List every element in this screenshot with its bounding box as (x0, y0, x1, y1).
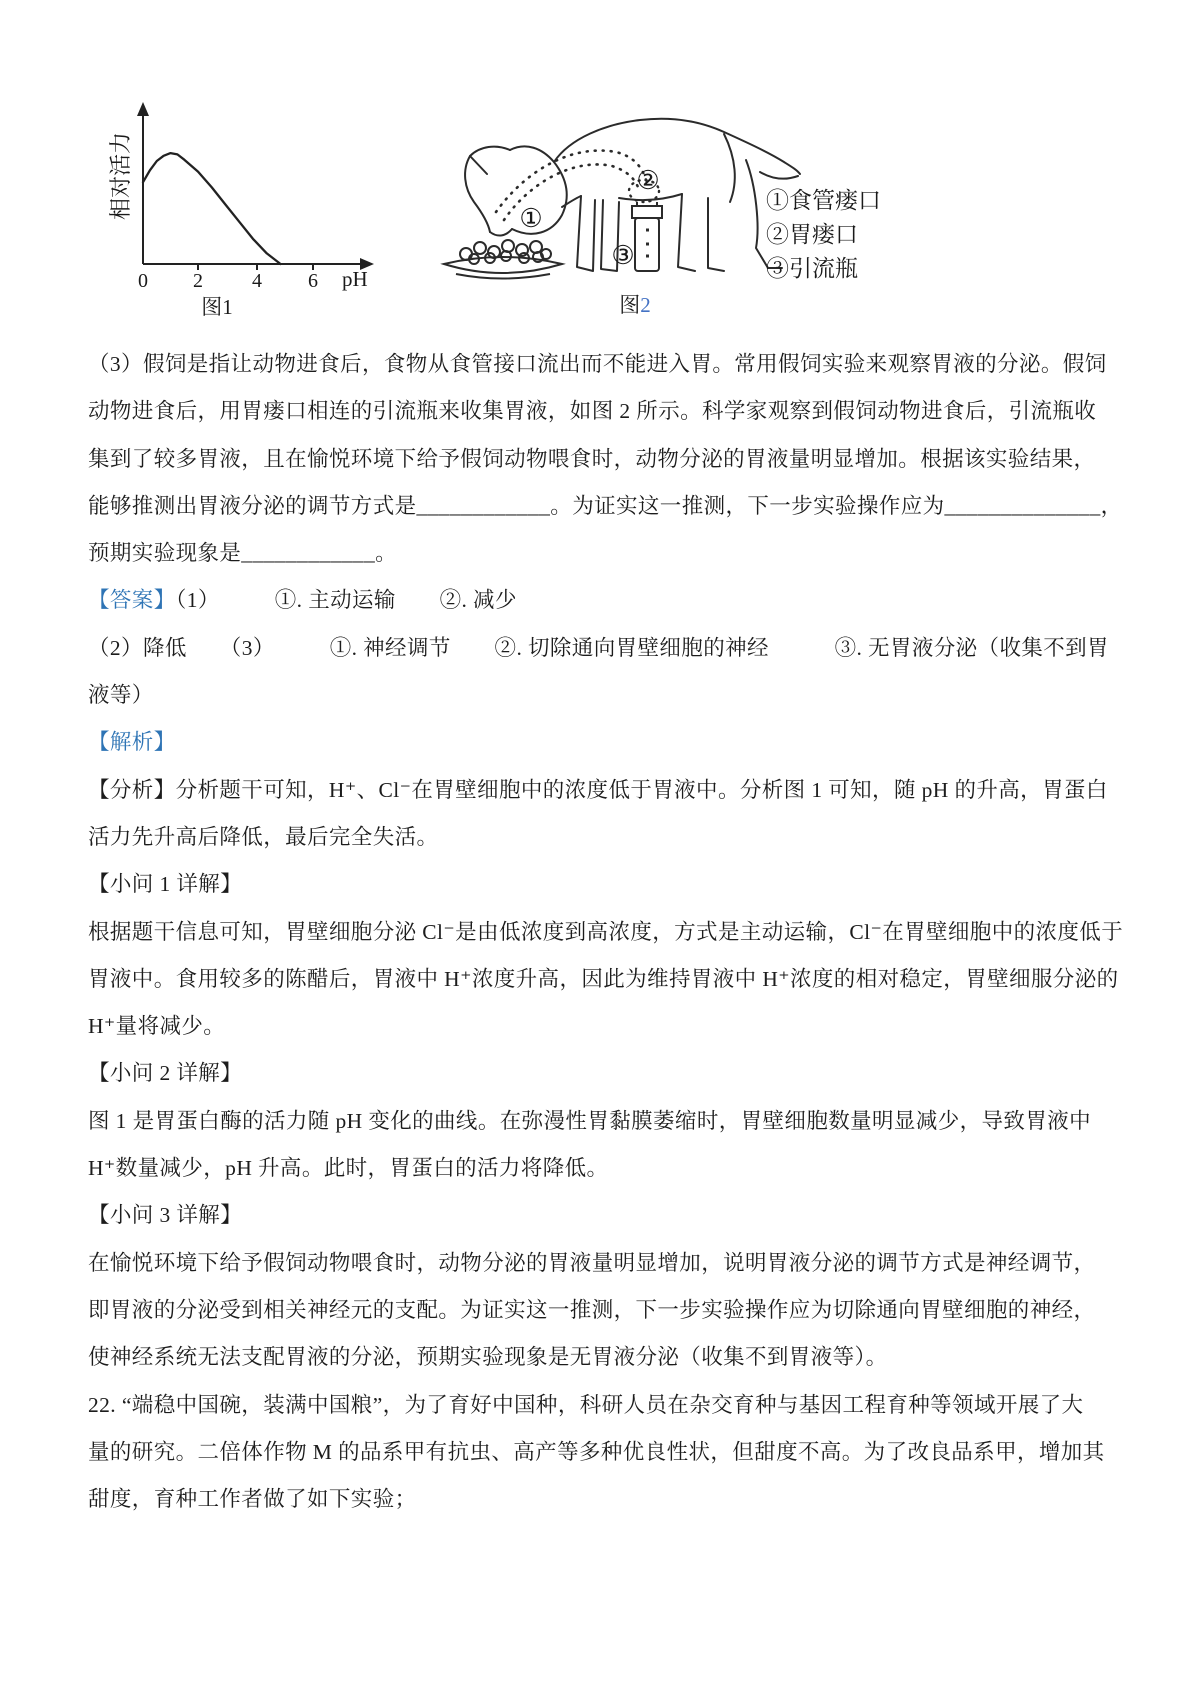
figure2-caption-prefix: 图 (619, 293, 640, 317)
pepsin-activity-curve (143, 153, 281, 264)
figure-sham-feeding-dog: ① ② ③ ①食管瘘口 ②胃瘘口 ③引流瓶 图2 (430, 86, 1010, 326)
q21-part3-line-5-blank: 预期实验现象是____________。 (88, 530, 1112, 577)
q21-part3-line-1: （3）假饲是指让动物进食后，食物从食管接口流出而不能进入胃。常用假饲实验来观察胃… (88, 341, 1112, 388)
document-text: （3）假饲是指让动物进食后，食物从食管接口流出而不能进入胃。常用假饲实验来观察胃… (0, 341, 1200, 1523)
answer-line-1-content: （1） ①. 主动运输 ②. 减少 (176, 588, 517, 612)
subq2-line-1: 图 1 是胃蛋白酶的活力随 pH 变化的曲线。在弥漫性胃黏膜萎缩时，胃壁细胞数量… (88, 1098, 1112, 1145)
analysis-line-2: 活力先升高后降低，最后完全失活。 (88, 814, 1112, 861)
q21-part3-line-4-blanks: 能够推测出胃液分泌的调节方式是____________。为证实这一推测，下一步实… (88, 483, 1112, 530)
subq1-header: 【小问 1 详解】 (88, 861, 1112, 908)
subq3-header: 【小问 3 详解】 (88, 1192, 1112, 1239)
subq1-line-3: H⁺量将减少。 (88, 1003, 1112, 1050)
marker-3-drainage-bottle: ③ (611, 241, 634, 270)
drainage-bottle (632, 202, 662, 271)
subq2-line-2: H⁺数量减少，pH 升高。此时，胃蛋白的活力将降低。 (88, 1145, 1112, 1192)
document-page: 0 2 4 6 pH 相对活力 图1 (0, 0, 1200, 1698)
legend-item-gastric-fistula: ②胃瘘口 (766, 222, 858, 247)
answer-label: 【答案】 (88, 588, 176, 612)
q21-part3-line-3: 集到了较多胃液，且在愉悦环境下给予假饲动物喂食时，动物分泌的胃液量明显增加。根据… (88, 436, 1112, 483)
subq1-line-1: 根据题干信息可知，胃壁细胞分泌 Cl⁻是由低浓度到高浓度，方式是主动运输，Cl⁻… (88, 909, 1112, 956)
y-axis-arrow-icon (137, 102, 149, 116)
food-plate (444, 240, 562, 279)
legend-item-drainage-bottle: ③引流瓶 (766, 256, 858, 281)
analysis-line-1: 【分析】分析题干可知，H⁺、Cl⁻在胃壁细胞中的浓度低于胃液中。分析图 1 可知… (88, 767, 1112, 814)
x-axis-label: pH (342, 267, 368, 291)
x-tick-4: 4 (252, 270, 262, 292)
answer-line-3: 液等） (88, 672, 1112, 719)
answer-line-2: （2）降低 （3） ①. 神经调节 ②. 切除通向胃壁细胞的神经 ③. 无胃液分… (88, 625, 1112, 672)
q22-line-3: 甜度，育种工作者做了如下实验； (88, 1476, 1112, 1523)
subq3-line-3: 使神经系统无法支配胃液的分泌，预期实验现象是无胃液分泌（收集不到胃液等）。 (88, 1334, 1112, 1381)
answer-line-1: 【答案】（1） ①. 主动运输 ②. 减少 (88, 577, 1112, 624)
figure-ph-activity-chart: 0 2 4 6 pH 相对活力 图1 (100, 90, 430, 328)
marker-2-gastric-fistula: ② (636, 166, 659, 195)
q22-line-1: 22. “端稳中国碗，装满中国粮”，为了育好中国种，科研人员在杂交育种与基因工程… (88, 1382, 1112, 1429)
legend-item-esophageal-fistula: ①食管瘘口 (766, 188, 881, 213)
figure2-caption-number: 2 (640, 293, 651, 317)
figure1-caption: 图1 (201, 295, 233, 319)
x-tick-2: 2 (193, 270, 203, 292)
marker-1-esophageal-fistula: ① (519, 204, 542, 233)
subq3-line-1: 在愉悦环境下给予假饲动物喂食时，动物分泌的胃液量明显增加，说明胃液分泌的调节方式… (88, 1240, 1112, 1287)
q21-part3-line-2: 动物进食后，用胃瘘口相连的引流瓶来收集胃液，如图 2 所示。科学家观察到假饲动物… (88, 388, 1112, 435)
q22-line-2: 量的研究。二倍体作物 M 的品系甲有抗虫、高产等多种优良性状，但甜度不高。为了改… (88, 1429, 1112, 1476)
chart-axes (143, 112, 364, 270)
y-axis-label: 相对活力 (108, 132, 133, 220)
subq1-line-2: 胃液中。食用较多的陈醋后，胃液中 H⁺浓度升高，因此为维持胃液中 H⁺浓度的相对… (88, 956, 1112, 1003)
analysis-section-label: 【解析】 (88, 719, 1112, 766)
subq2-header: 【小问 2 详解】 (88, 1050, 1112, 1097)
subq3-line-2: 即胃液的分泌受到相关神经元的支配。为证实这一推测，下一步实验操作应为切除通向胃壁… (88, 1287, 1112, 1334)
x-tick-6: 6 (308, 270, 318, 292)
x-tick-0: 0 (138, 270, 148, 292)
figure2-caption: 图2 (619, 293, 651, 317)
